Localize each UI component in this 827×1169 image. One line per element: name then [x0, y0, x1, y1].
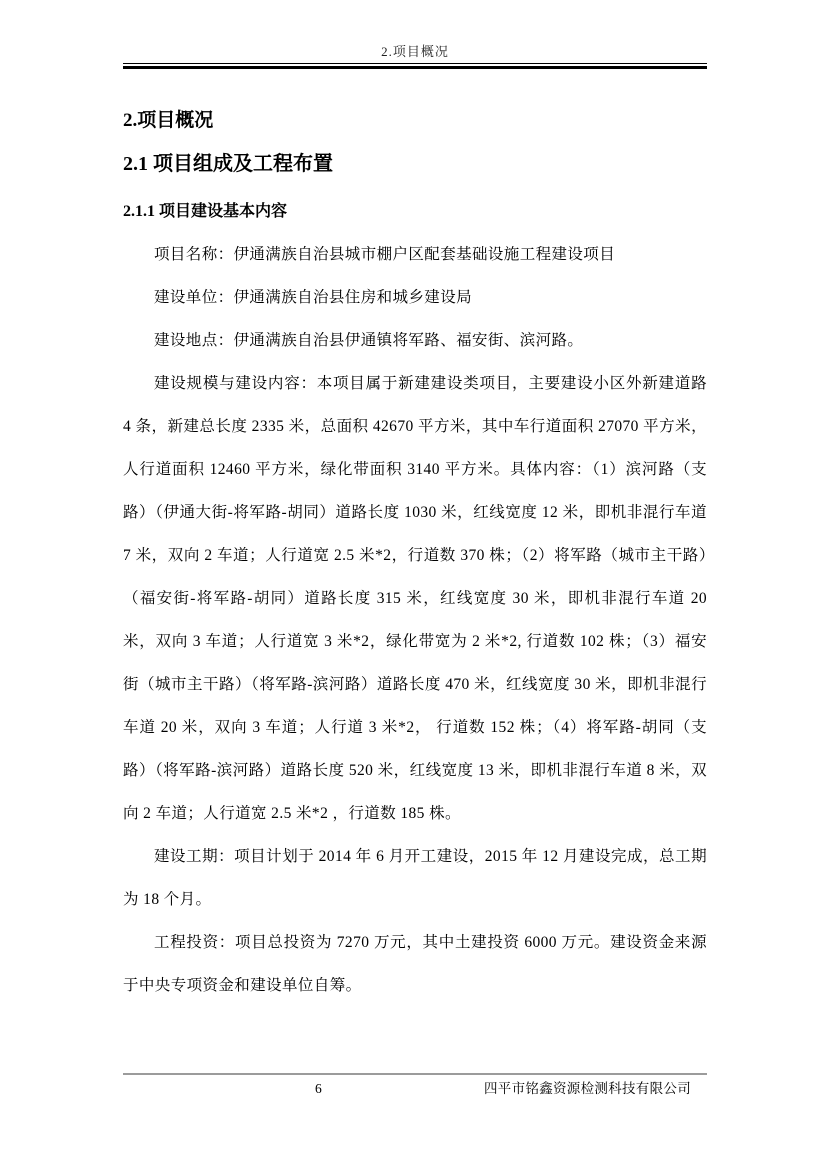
header-rule: [123, 63, 707, 69]
section-heading: 2.项目概况: [123, 110, 707, 132]
paragraph-investment: 工程投资：项目总投资为 7270 万元，其中土建投资 6000 万元。建设资金来…: [123, 921, 707, 1007]
document-body: 项目名称：伊通满族自治县城市棚户区配套基础设施工程建设项目 建设单位：伊通满族自…: [123, 233, 707, 1007]
footer-row: 6 四平市铭鑫资源检测科技有限公司: [123, 1080, 707, 1100]
footer-rule: [123, 1073, 707, 1075]
page-footer: 6 四平市铭鑫资源检测科技有限公司: [123, 1073, 707, 1100]
document-content: 2.项目概况 2.1 项目组成及工程布置 2.1.1 项目建设基本内容 项目名称…: [123, 74, 707, 1007]
document-page: 2.项目概况 2.项目概况 2.1 项目组成及工程布置 2.1.1 项目建设基本…: [0, 0, 827, 1169]
paragraph-project-name: 项目名称：伊通满族自治县城市棚户区配套基础设施工程建设项目: [123, 233, 707, 276]
page-number: 6: [315, 1080, 322, 1097]
subsubsection-heading: 2.1.1 项目建设基本内容: [123, 202, 707, 221]
running-header-title: 2.项目概况: [123, 44, 707, 60]
paragraph-construction-unit: 建设单位：伊通满族自治县住房和城乡建设局: [123, 276, 707, 319]
paragraph-construction-site: 建设地点：伊通满族自治县伊通镇将军路、福安街、滨河路。: [123, 319, 707, 362]
paragraph-construction-period: 建设工期：项目计划于 2014 年 6 月开工建设，2015 年 12 月建设完…: [123, 835, 707, 921]
paragraph-scale-and-content: 建设规模与建设内容：本项目属于新建建设类项目，主要建设小区外新建道路 4 条，新…: [123, 362, 707, 835]
page-header: 2.项目概况: [123, 44, 707, 69]
footer-company-name: 四平市铭鑫资源检测科技有限公司: [484, 1080, 691, 1097]
subsection-heading: 2.1 项目组成及工程布置: [123, 153, 707, 176]
